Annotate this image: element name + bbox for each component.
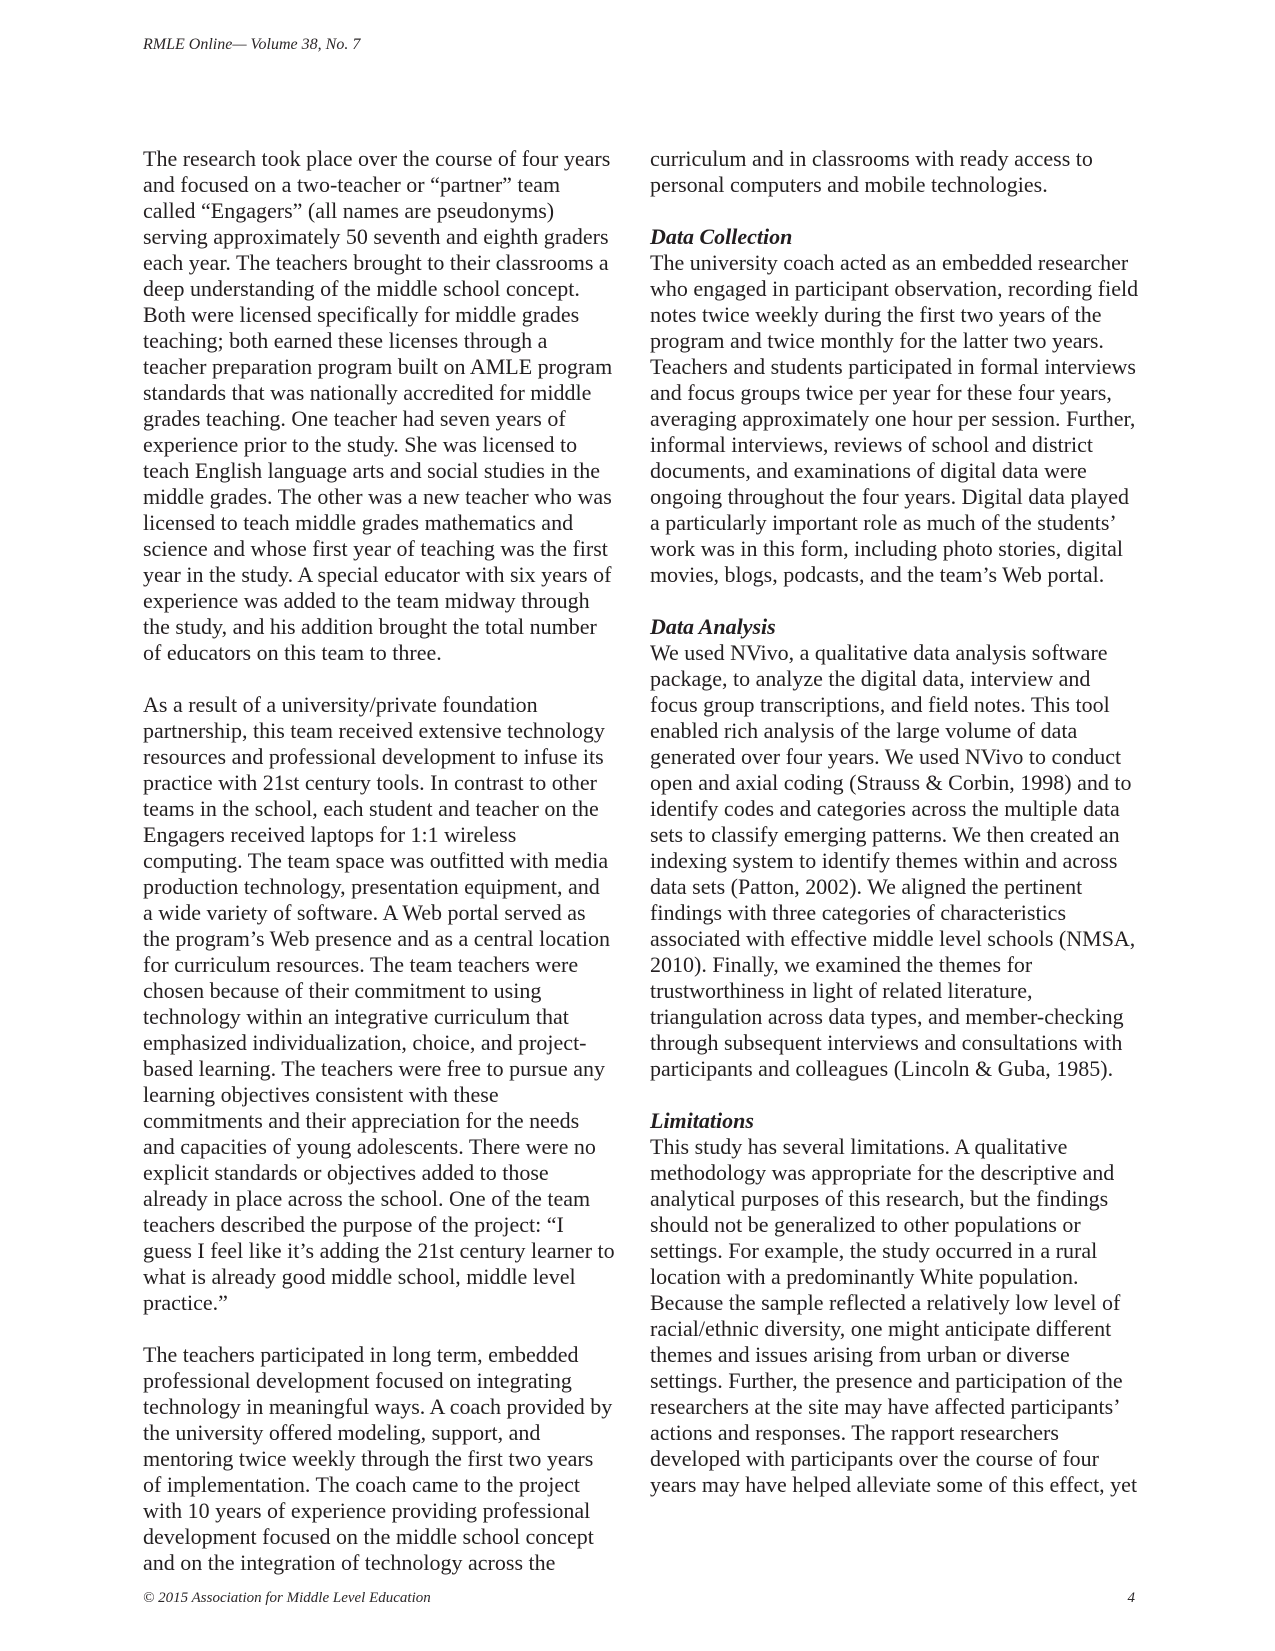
body-paragraph: We used NVivo, a qualitative data analys…: [650, 640, 1140, 1082]
body-paragraph: The university coach acted as an embedde…: [650, 250, 1140, 588]
copyright-notice: © 2015 Association for Middle Level Educ…: [143, 1590, 431, 1607]
page-number: 4: [1128, 1590, 1136, 1607]
body-paragraph: The research took place over the course …: [143, 146, 615, 666]
body-paragraph: As a result of a university/private foun…: [143, 692, 615, 1316]
running-head: RMLE Online— Volume 38, No. 7: [143, 36, 360, 54]
section-heading: Limitations: [650, 1108, 1140, 1134]
left-column: The research took place over the course …: [143, 146, 615, 1602]
body-paragraph: This study has several limitations. A qu…: [650, 1134, 1140, 1498]
right-column: curriculum and in classrooms with ready …: [650, 146, 1140, 1524]
page-footer: © 2015 Association for Middle Level Educ…: [143, 1590, 1135, 1607]
journal-page: RMLE Online— Volume 38, No. 7 The resear…: [0, 0, 1275, 1651]
body-paragraph: curriculum and in classrooms with ready …: [650, 146, 1140, 198]
body-paragraph: The teachers participated in long term, …: [143, 1342, 615, 1576]
section-heading: Data Collection: [650, 224, 1140, 250]
section-heading: Data Analysis: [650, 614, 1140, 640]
